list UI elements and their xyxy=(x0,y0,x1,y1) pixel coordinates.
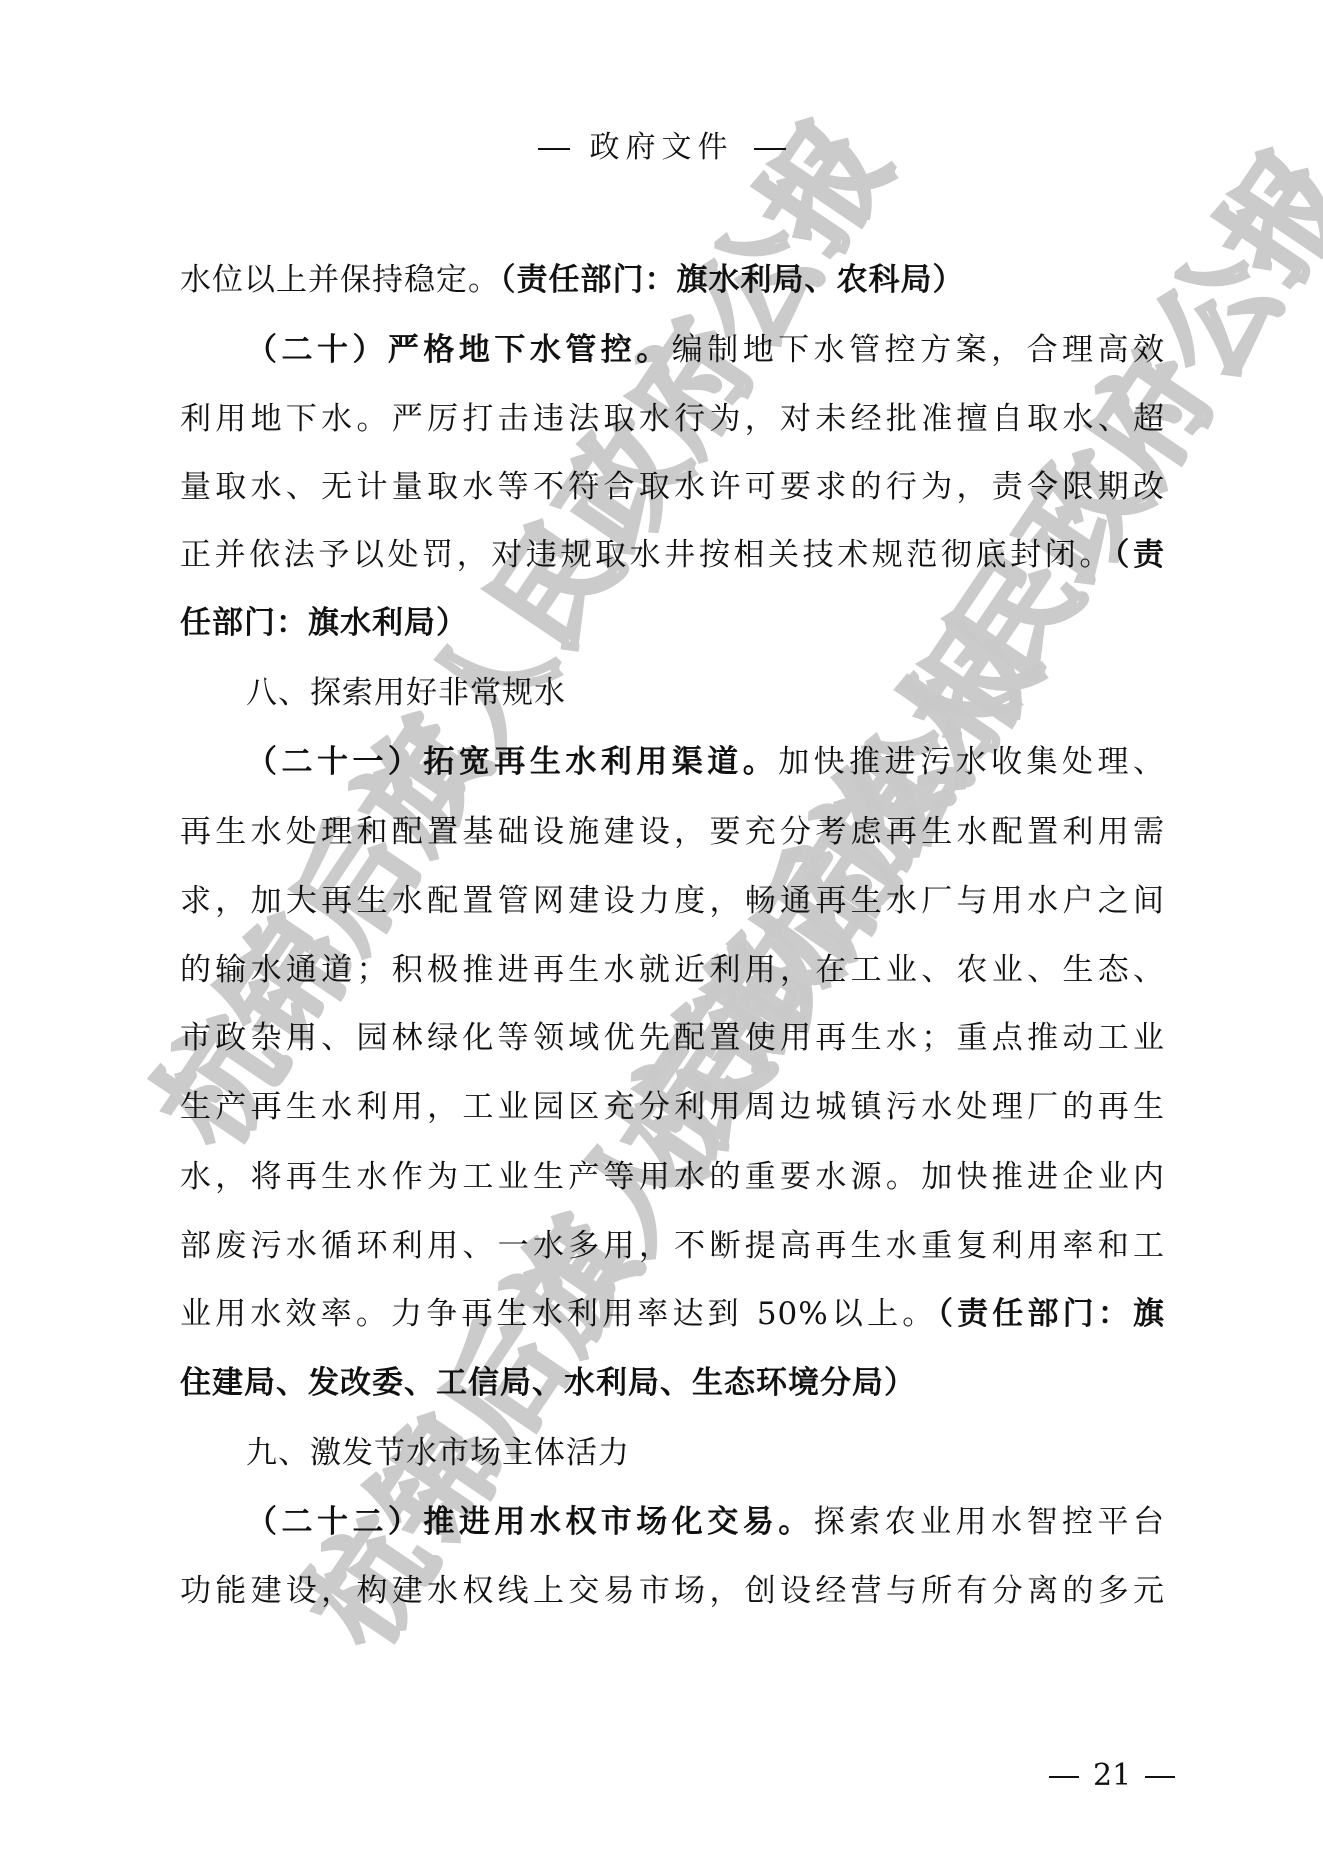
body-line: 业用水效率。力争再生水利用率达到 50%以上。（责任部门：旗 xyxy=(180,1294,1165,1334)
text-run: 部废污水循环利用、一水多用，不断提高再生水重复利用率和工 xyxy=(180,1228,1165,1264)
body-line: 正并依法予以处罚，对违规取水井按相关技术规范彻底封闭。（责 xyxy=(180,535,1165,575)
text-run: 求，加大再生水配置管网建设力度，畅通再生水厂与用水户之间 xyxy=(180,883,1165,919)
page-header: 政府文件 xyxy=(0,122,1323,166)
subsection-title: （二十二）推进用水权市场化交易。 xyxy=(246,1504,814,1540)
section-heading-22: （二十二）推进用水权市场化交易。探索农业用水智控平台 xyxy=(246,1502,1165,1542)
section-heading-8: 八、探索用好非常规水 xyxy=(246,673,1165,713)
subsection-title: （二十一）拓宽再生水利用渠道。 xyxy=(246,744,778,780)
text-run: 编制地下水管控方案，合理高效 xyxy=(672,332,1165,368)
text-run: 量取水、无计量取水等不符合取水许可要求的行为，责令限期改 xyxy=(180,469,1165,505)
text-run: 再生水处理和配置基础设施建设，要充分考虑再生水配置利用需 xyxy=(180,814,1165,850)
text-run: 水，将再生水作为工业生产等用水的重要水源。加快推进企业内 xyxy=(180,1159,1165,1195)
body-line: 生产再生水利用，工业园区充分利用周边城镇污水处理厂的再生 xyxy=(180,1087,1165,1127)
header-dash-left xyxy=(538,148,570,150)
responsible-dept: （责任部门：旗水利局、农科局） xyxy=(500,262,965,298)
text-run: 正并依法予以处罚，对违规取水井按相关技术规范彻底封闭。 xyxy=(180,537,1114,573)
text-run: 利用地下水。严厉打击违法取水行为，对未经批准擅自取水、超 xyxy=(180,401,1165,437)
body-line: 的输水通道；积极推进再生水就近利用，在工业、农业、生态、 xyxy=(180,950,1165,990)
body-line: 任部门：旗水利局） xyxy=(180,603,1165,643)
section-title: 八、探索用好非常规水 xyxy=(246,675,566,711)
section-heading-20: （二十）严格地下水管控。编制地下水管控方案，合理高效 xyxy=(246,330,1165,370)
section-title: 九、激发节水市场主体活力 xyxy=(246,1435,630,1471)
subsection-title: （二十）严格地下水管控。 xyxy=(246,332,672,368)
section-heading-21: （二十一）拓宽再生水利用渠道。加快推进污水收集处理、 xyxy=(246,742,1165,782)
section-heading-9: 九、激发节水市场主体活力 xyxy=(246,1433,1165,1473)
body-line: 利用地下水。严厉打击违法取水行为，对未经批准擅自取水、超 xyxy=(180,399,1165,439)
text-run: 业用水效率。力争再生水利用率达到 50%以上。 xyxy=(180,1296,937,1332)
footer-dash-left xyxy=(1049,1776,1079,1778)
page-footer: 21 xyxy=(1035,1758,1189,1793)
text-run: 功能建设，构建水权线上交易市场，创设经营与所有分离的多元 xyxy=(180,1573,1165,1609)
text-run: 市政杂用、园林绿化等领域优先配置使用再生水；重点推动工业 xyxy=(180,1020,1165,1056)
text-run: 探索农业用水智控平台 xyxy=(814,1504,1165,1540)
document-page: 杭锦后旗人民政府公报 杭锦后旗人民政府公报 杭锦后旗人民政府公报 政府文件 水位… xyxy=(0,0,1323,1871)
body-line: 再生水处理和配置基础设施建设，要充分考虑再生水配置利用需 xyxy=(180,812,1165,852)
body-line: 部废污水循环利用、一水多用，不断提高再生水重复利用率和工 xyxy=(180,1226,1165,1266)
text-run: 的输水通道；积极推进再生水就近利用，在工业、农业、生态、 xyxy=(180,952,1165,988)
responsible-dept: （责 xyxy=(1114,537,1165,573)
responsible-dept: 住建局、发改委、工信局、水利局、生态环境分局） xyxy=(180,1365,916,1401)
body-line: 水位以上并保持稳定。（责任部门：旗水利局、农科局） xyxy=(180,260,1165,300)
text-run: 加快推进污水收集处理、 xyxy=(778,744,1165,780)
body-line: 功能建设，构建水权线上交易市场，创设经营与所有分离的多元 xyxy=(180,1571,1165,1611)
body-line: 市政杂用、园林绿化等领域优先配置使用再生水；重点推动工业 xyxy=(180,1018,1165,1058)
body-line: 住建局、发改委、工信局、水利局、生态环境分局） xyxy=(180,1363,1165,1403)
footer-dash-right xyxy=(1145,1776,1175,1778)
header-dash-right xyxy=(754,148,786,150)
page-number: 21 xyxy=(1093,1758,1131,1793)
body-line: 量取水、无计量取水等不符合取水许可要求的行为，责令限期改 xyxy=(180,467,1165,507)
text-run: 水位以上并保持稳定。 xyxy=(180,262,500,298)
body-line: 水，将再生水作为工业生产等用水的重要水源。加快推进企业内 xyxy=(180,1157,1165,1197)
body-line: 求，加大再生水配置管网建设力度，畅通再生水厂与用水户之间 xyxy=(180,881,1165,921)
responsible-dept: 任部门：旗水利局） xyxy=(180,605,468,641)
header-title: 政府文件 xyxy=(590,130,734,165)
responsible-dept: （责任部门：旗 xyxy=(937,1296,1165,1332)
text-run: 生产再生水利用，工业园区充分利用周边城镇污水处理厂的再生 xyxy=(180,1089,1165,1125)
